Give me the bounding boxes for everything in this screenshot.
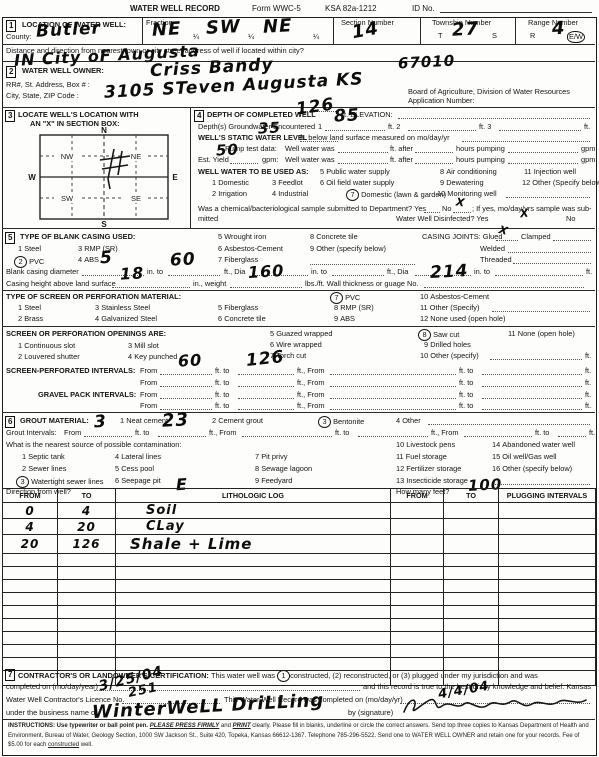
- screen-option-3: 3 Stainless Steel: [95, 304, 150, 312]
- grout-to-value: 23: [162, 411, 190, 430]
- form-number: Form WWC-5: [252, 5, 301, 14]
- table-row: [3, 593, 596, 606]
- col-plugging-intervals: PLUGGING INTERVALS: [499, 489, 596, 503]
- from-label: From: [140, 367, 157, 375]
- ft-to: ft. to: [215, 379, 229, 387]
- section4-number: 4: [194, 110, 204, 122]
- contam-option-1: 1 Septic tank: [22, 453, 65, 461]
- ft-label: ft.: [586, 268, 592, 276]
- township-t: T: [438, 32, 443, 40]
- grout-option-4: 4 Other: [396, 417, 421, 425]
- ft-label: ft.: [589, 429, 595, 437]
- screen-option-2: 2 Brass: [18, 315, 43, 323]
- dotted-blank: [508, 245, 591, 253]
- opening-option-1: 1 Continuous slot: [18, 342, 75, 350]
- dotted-blank: [428, 417, 590, 425]
- contam-option-16: 16 Other (specify below): [492, 465, 572, 473]
- gw-3: ft. 3: [479, 123, 491, 131]
- dotted-blank: [332, 268, 384, 276]
- dotted-blank: [558, 429, 586, 437]
- use-option-6: 6 Oil field water supply: [320, 179, 394, 187]
- ft-to: ft. to: [459, 402, 473, 410]
- disinfected-yes-x-mark: X: [519, 207, 529, 221]
- section1-box: 1: [6, 20, 16, 32]
- divider: [2, 412, 595, 413]
- ft-to: ft. to: [459, 391, 473, 399]
- log-to: 20: [77, 520, 96, 534]
- screen-option-10: 10 Asbestos-Cement: [420, 293, 489, 301]
- from-label: From: [64, 429, 81, 437]
- divider: [142, 17, 143, 44]
- static-level-value: 35: [258, 120, 282, 136]
- county-value: Butler: [36, 20, 102, 40]
- hours-pumping: hours pumping: [456, 145, 505, 153]
- ft-to: ft. to: [335, 429, 349, 437]
- dotted-blank: [398, 111, 590, 119]
- dotted-blank: [482, 402, 582, 410]
- contam-option-12: 12 Fertilizer storage: [396, 465, 461, 473]
- casing-option-8: 8 Concrete tile: [310, 233, 358, 241]
- weight-value: 160: [248, 263, 285, 281]
- grout-intervals-label: Grout Intervals:: [6, 429, 57, 437]
- ft-from: ft., From: [209, 429, 237, 437]
- log-from: 4: [25, 520, 34, 534]
- section7-number: 7: [5, 669, 15, 681]
- screen-option-12: 12 None used (open hole): [420, 315, 506, 323]
- dotted-blank: [84, 429, 132, 437]
- dotted-blank: [482, 379, 582, 387]
- chem-no-label: No: [442, 205, 451, 213]
- casing-height-label: Casing height above land surface: [6, 280, 116, 288]
- spi-from-value: 60: [178, 352, 203, 369]
- use-option-8: 8 Air conditioning: [440, 168, 497, 176]
- contam-option-13: 13 Insecticide storage: [396, 477, 468, 485]
- section1-number: 1: [6, 20, 16, 32]
- divider: [2, 290, 595, 291]
- range-value: 4: [552, 20, 566, 39]
- screen-option-6: 6 Concrete tile: [218, 315, 266, 323]
- dotted-blank: [499, 123, 581, 131]
- fraction-1: NE: [152, 20, 182, 40]
- dotted-blank: [424, 205, 440, 213]
- dotted-blank: [338, 145, 388, 153]
- application-number-label: Application Number:: [408, 97, 475, 105]
- table-row: [3, 580, 596, 593]
- ft-dia: ft., Dia: [387, 268, 408, 276]
- range-ew-circled: E/W: [567, 31, 585, 43]
- dotted-blank: [160, 379, 212, 387]
- gauge-value: 214: [430, 263, 469, 282]
- city-label: City, State, ZIP Code :: [6, 92, 79, 100]
- col-lithologic-log: LITHOLOGIC LOG: [116, 489, 391, 503]
- screen-material-title: TYPE OF SCREEN OR PERFORATION MATERIAL:: [6, 293, 181, 301]
- ft-to: ft. to: [215, 391, 229, 399]
- contam-option-11: 11 Fuel storage: [396, 453, 447, 461]
- use-option-9: 9 Dewatering: [440, 179, 484, 187]
- ft-label: ft.: [585, 367, 591, 375]
- ft-label: ft.: [585, 352, 591, 360]
- dotted-blank: [358, 429, 428, 437]
- quarter-1: ¼: [193, 33, 199, 41]
- form-title: WATER WELL RECORD: [130, 5, 220, 14]
- use-option-10: 10 Monitoring well: [437, 190, 497, 198]
- range-ew: E/W: [567, 31, 585, 43]
- ft-to: ft. to: [135, 429, 149, 437]
- dotted-blank: [230, 280, 302, 288]
- log-to: 126: [72, 537, 100, 551]
- dotted-blank: [553, 233, 591, 241]
- section-number-value: 14: [351, 20, 381, 42]
- instructions-text: INSTRUCTIONS: Use typewriter or ball poi…: [8, 722, 590, 751]
- in-to: in. to: [147, 268, 163, 276]
- signature-scribble: [400, 692, 590, 718]
- chem-no-x-mark: X: [455, 195, 465, 209]
- dotted-blank: [482, 367, 582, 375]
- township-value: 27: [452, 20, 480, 39]
- grout-option-2: 2 Cement grout: [212, 417, 263, 425]
- disinfected-no-label: No: [566, 215, 575, 223]
- ft-from: ft., From: [297, 367, 325, 375]
- opening-option-2: 2 Louvered shutter: [18, 353, 80, 361]
- from-label: From: [140, 402, 157, 410]
- chem-tail: ; If yes, mo/day/yrs sample was sub-: [472, 205, 592, 213]
- screen-option-5: 5 Fiberglass: [218, 304, 258, 312]
- divider: [420, 17, 421, 44]
- business-name-label: under the business name of: [6, 709, 97, 717]
- diameter-value: 5: [100, 250, 114, 268]
- yield-value: 50: [216, 142, 240, 158]
- dotted-blank: [415, 145, 453, 153]
- section2-box: 2: [6, 66, 16, 78]
- spi-to-value: 126: [245, 349, 285, 370]
- quadrant-nw: NW: [61, 152, 74, 161]
- quarter-3: ¼: [313, 33, 319, 41]
- ft-from: ft., From: [297, 402, 325, 410]
- dotted-blank: [330, 367, 456, 375]
- divider: [333, 17, 334, 44]
- dotted-blank: [330, 379, 456, 387]
- contamination-question: What is the nearest source of possible c…: [6, 441, 181, 449]
- use-option-2: 2 Irrigation: [212, 190, 247, 198]
- divider: [2, 719, 595, 720]
- log-to: 4: [82, 504, 91, 518]
- screen-option-1: 1 Steel: [18, 304, 41, 312]
- dotted-blank: [490, 352, 582, 360]
- gpm-label: gpm: [581, 145, 595, 153]
- completed-on-label: completed on (mo/day/year): [6, 683, 98, 691]
- dotted-blank: [310, 257, 415, 265]
- hours-pumping: hours pumping: [456, 156, 505, 164]
- dotted-blank: [482, 391, 582, 399]
- dotted-blank: [492, 304, 590, 312]
- col-from-1: FROM: [3, 489, 58, 503]
- screen-option-9: 9 ABS: [334, 315, 355, 323]
- groundwater-label: Depth(s) Groundwater Encountered: [198, 123, 315, 131]
- section3-box: 3: [5, 110, 15, 122]
- col-from-2: FROM: [391, 489, 444, 503]
- fraction-3: NE: [263, 17, 293, 37]
- compass-e: E: [172, 173, 178, 182]
- compass-n: N: [101, 127, 107, 135]
- dotted-blank: [330, 391, 456, 399]
- quadrant-sw: SW: [61, 194, 74, 203]
- dotted-blank: [492, 477, 590, 485]
- contam-option-10: 10 Livestock pens: [396, 441, 455, 449]
- constructed-1-circled: 1: [277, 670, 290, 682]
- ft-from: ft., From: [297, 391, 325, 399]
- well-water-was: Well water was: [285, 145, 335, 153]
- disinfected-question: Water Well Disinfected? Yes: [396, 215, 488, 223]
- well-water-was: Well water was: [285, 156, 335, 164]
- casing-joints-label: CASING JOINTS: Glued: [422, 233, 503, 241]
- contam-option-7: 7 Pit privy: [255, 453, 287, 461]
- water-well-record-form: WATER WELL RECORD Form WWC-5 KSA 82a-121…: [0, 0, 599, 757]
- gw-1: 1: [318, 123, 322, 131]
- contam-option-5: 5 Cess pool: [115, 465, 154, 473]
- lithologic-log-table: FROM TO LITHOLOGIC LOG FROM TO PLUGGING …: [2, 488, 596, 686]
- chem-sample-question: Was a chemical/bacteriological sample su…: [198, 205, 426, 213]
- table-header-row: FROM TO LITHOLOGIC LOG FROM TO PLUGGING …: [3, 489, 596, 503]
- log-material: CLay: [146, 519, 185, 534]
- section3-title-1: LOCATE WELL'S LOCATION WITH: [18, 111, 139, 119]
- in-weight: in., weight: [193, 280, 226, 288]
- section5-title: TYPE OF BLANK CASING USED:: [20, 233, 135, 241]
- ft-label: ft.: [585, 379, 591, 387]
- compass-s: S: [101, 220, 107, 227]
- use-option-1: 1 Domestic: [212, 179, 249, 187]
- county-label: County:: [6, 33, 31, 41]
- col-to-2: TO: [444, 489, 499, 503]
- ft-to: ft. to: [459, 379, 473, 387]
- opening-option-4: 4 Key punched: [128, 353, 177, 361]
- casing-option-1: 1 Steel: [18, 245, 41, 253]
- use-option-11: 11 Injection well: [524, 168, 576, 176]
- ft-dia: ft., Dia: [224, 268, 245, 276]
- use-option-3: 3 Feedlot: [272, 179, 303, 187]
- casing-option-5: 5 Wrought iron: [218, 233, 266, 241]
- section2-number: 2: [6, 66, 16, 78]
- table-row: [3, 554, 596, 567]
- section3-number: 3: [5, 110, 15, 122]
- static-level-tail: ft. below land surface measured on mo/da…: [300, 134, 450, 142]
- divider: [515, 17, 516, 44]
- use-option-4: 4 Industrial: [272, 190, 308, 198]
- log-material: Soil: [146, 503, 177, 518]
- log-material: Shale + Lime: [130, 535, 252, 553]
- ft-after: ft. after: [390, 145, 413, 153]
- township-s: S: [492, 32, 497, 40]
- from-label: From: [140, 391, 157, 399]
- dotted-blank: [464, 429, 532, 437]
- contam-option-15: 15 Oil well/Gas well: [492, 453, 557, 461]
- screen-option-8: 8 RMP (SR): [334, 304, 374, 312]
- ft-from: ft., From: [431, 429, 459, 437]
- ft-to: ft. to: [215, 367, 229, 375]
- ft-label: ft.: [585, 391, 591, 399]
- use-option-12: 12 Other (Specify below): [522, 179, 599, 187]
- dotted-blank: [462, 134, 590, 142]
- dotted-blank: [338, 156, 388, 164]
- divider: [2, 326, 595, 327]
- table-row: [3, 632, 596, 645]
- opening-option-9: 9 Drilled holes: [424, 341, 471, 349]
- board-label: Board of Agriculture, Division of Water …: [408, 88, 570, 96]
- fraction-2: SW: [206, 18, 242, 38]
- gpm2-label: gpm:: [262, 156, 278, 164]
- openings-title: SCREEN OR PERFORATION OPENINGS ARE:: [6, 330, 166, 338]
- casing-height-value: 18: [120, 265, 145, 282]
- id-no-label: ID No.: [412, 5, 435, 14]
- dotted-blank: [160, 391, 212, 399]
- divider: [2, 44, 595, 45]
- quadrant-se: SE: [131, 194, 141, 203]
- section7-box: 7: [5, 669, 15, 681]
- casing-option-6: 6 Asbestos-Cement: [218, 245, 283, 253]
- blank-casing-diameter-label: Blank casing diameter: [6, 268, 79, 276]
- ft-to: ft. to: [535, 429, 549, 437]
- contam-option-4: 4 Lateral lines: [115, 453, 161, 461]
- screen-option-11: 11 Other (Specify): [420, 304, 479, 312]
- in-to: in. to: [311, 268, 327, 276]
- ft-label: ft.: [584, 123, 590, 131]
- dotted-blank: [238, 379, 294, 387]
- gravel-pack-title: GRAVEL PACK INTERVALS:: [38, 391, 136, 399]
- gpm-label: gpm: [581, 156, 595, 164]
- section6-number: 6: [5, 416, 15, 428]
- section2-title: WATER WELL OWNER:: [22, 67, 104, 75]
- use-option-7-circled: 7 Domestic (lawn & garden): [346, 189, 446, 201]
- use-title: WELL WATER TO BE USED AS:: [198, 168, 309, 176]
- ksa-number: KSA 82a-1212: [325, 5, 377, 14]
- dotted-blank: [508, 156, 578, 164]
- range-r: R: [530, 32, 535, 40]
- table-row: [3, 658, 596, 671]
- gauge-label: lbs./ft. Wall thickness or guage No.: [305, 280, 419, 288]
- section-box-diagram: N S W E NW NE SW SE: [28, 127, 180, 227]
- compass-w: W: [28, 173, 36, 182]
- screen-option-4: 4 Galvanized Steel: [95, 315, 157, 323]
- casing-option-4: 4 ABS: [78, 256, 99, 264]
- section6-title: GROUT MATERIAL:: [20, 417, 89, 425]
- dotted-blank: [330, 402, 456, 410]
- table-row: 0 4 Soil: [3, 503, 596, 519]
- contam-option-6: 6 Seepage pit: [115, 477, 161, 485]
- gw-2: ft. 2: [388, 123, 400, 131]
- dotted-blank: [506, 190, 590, 198]
- in-to: in. to: [474, 268, 490, 276]
- grout-option-3-circled: 3 Bentonite: [318, 416, 364, 428]
- opening-option-3: 3 Mill slot: [128, 342, 159, 350]
- dotted-blank: [238, 402, 294, 410]
- from-label: From: [140, 379, 157, 387]
- table-row: [3, 567, 596, 580]
- groundwater-1-value: 85: [334, 107, 361, 125]
- quadrant-ne: NE: [131, 152, 141, 161]
- log-from: 20: [21, 537, 40, 551]
- contam-option-2: 2 Sewer lines: [22, 465, 66, 473]
- id-no-blank: [440, 4, 592, 13]
- contam-option-8: 8 Sewage lagoon: [255, 465, 312, 473]
- ft-after: ft. after: [390, 156, 413, 164]
- col-to-1: TO: [58, 489, 116, 503]
- ft-from: ft., From: [297, 379, 325, 387]
- dotted-blank: [242, 429, 332, 437]
- section5-number: 5: [5, 232, 15, 244]
- address-label: RR#, St. Address, Box # :: [6, 81, 90, 89]
- log-from: 0: [25, 504, 34, 518]
- welded-label: Welded: [480, 245, 505, 253]
- dotted-blank: [415, 156, 453, 164]
- section5-box: 5: [5, 232, 15, 244]
- chem-tail-2: mitted: [198, 215, 218, 223]
- ft-label: ft.: [585, 402, 591, 410]
- signature-label: by (signature): [348, 709, 393, 717]
- quarter-2: ¼: [248, 33, 254, 41]
- perforated-intervals-title: SCREEN-PERFORATED INTERVALS:: [6, 367, 135, 375]
- contam-option-14: 14 Abandoned water well: [492, 441, 575, 449]
- certification-line-1: CONTRACTOR'S OR LANDOWNER'S CERTIFICATIO…: [18, 670, 538, 682]
- opening-option-10: 10 Other (specify): [420, 352, 479, 360]
- casing-option-9: 9 Other (specify below): [310, 245, 386, 253]
- table-row: 20 126 Shale + Lime: [3, 535, 596, 554]
- ft-to: ft. to: [459, 367, 473, 375]
- use-option-5: 5 Public water supply: [320, 168, 390, 176]
- dotted-blank: [508, 145, 578, 153]
- section4-box: 4: [194, 110, 204, 122]
- divider: [190, 107, 191, 228]
- table-row: [3, 645, 596, 658]
- static-level-label: WELL'S STATIC WATER LEVEL: [198, 134, 307, 142]
- opening-option-5: 5 Guazed wrapped: [270, 330, 332, 338]
- casing-to-depth-value: 60: [170, 251, 197, 269]
- threaded-label: Threaded: [480, 256, 512, 264]
- dotted-blank: [513, 256, 591, 264]
- ft-to: ft. to: [215, 402, 229, 410]
- section6-box: 6: [5, 416, 15, 428]
- owner-zip: 67010: [398, 54, 456, 72]
- table-row: [3, 606, 596, 619]
- table-row: 4 20 CLay: [3, 519, 596, 535]
- dotted-blank: [495, 268, 583, 276]
- opening-option-11: 11 None (open hole): [508, 330, 575, 338]
- table-row: [3, 619, 596, 632]
- clamped-label: Clamped: [521, 233, 551, 241]
- contam-option-9: 9 Feedyard: [255, 477, 292, 485]
- dotted-blank: [408, 123, 476, 131]
- dotted-blank: [238, 391, 294, 399]
- grout-from-value: 3: [94, 414, 108, 432]
